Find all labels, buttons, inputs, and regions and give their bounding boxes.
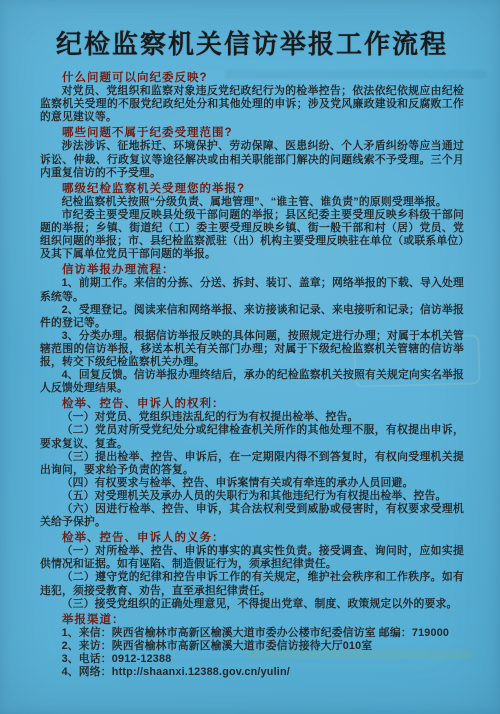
section-complainant-rights: 检举、控告、申诉人的权利： （一）对党员、党组织违法乱纪的行为有权提出检举、控告… <box>40 398 464 529</box>
section-accepting-level: 哪级纪检监察机关受理您的举报? 纪检监察机关按照“分级负责、属地管理”、“谁主管… <box>40 183 464 262</box>
process-step: 4、回复反馈。信访举报办理终结后，承办的纪检监察机关按照有关规定向实名举报人反馈… <box>40 369 464 395</box>
section-heading: 哪些问题不属于纪委受理范围? <box>40 127 464 140</box>
section-heading: 举报渠道： <box>40 614 464 627</box>
poster-content: 纪检监察机关信访举报工作流程 什么问题可以向纪委反映? 对党员、党组织和监察对象… <box>0 0 500 714</box>
duties-item: （三）接受党组织的正确处理意见，不得提出党章、制度、政策规定以外的要求。 <box>40 598 464 611</box>
paragraph: 涉法涉诉、征地拆迁、环境保护、劳动保障、医患纠纷、个人矛盾纠纷等应当通过诉讼、仲… <box>40 140 464 179</box>
paragraph: 纪检监察机关按照“分级负责、属地管理”、“谁主管、谁负责”的原则受理举报。 <box>40 196 464 209</box>
process-step: 2、受理登记。阅读来信和网络举报、来访接谈和记录、来电接听和记录；信访举报件的登… <box>40 304 464 330</box>
channel-item-mail: 1、来信：陕西省榆林市高新区榆溪大道市委办公楼市纪委信访室 邮编：719000 <box>40 627 464 640</box>
section-reporting-channels: 举报渠道： 1、来信：陕西省榆林市高新区榆溪大道市委办公楼市纪委信访室 邮编：7… <box>40 614 464 679</box>
channel-item-website: 4、网络：http://shaanxi.12388.gov.cn/yulin/ <box>40 666 464 679</box>
section-complainant-duties: 检举、控告、申诉人的义务： （一）对所检举、控告、申诉的事实的真实性负责。接受调… <box>40 532 464 611</box>
paragraph: 市纪委主要受理反映县处级干部问题的举报；县区纪委主要受理反映乡科级干部问题的举报… <box>40 209 464 261</box>
process-step: 3、分类办理。根据信访举报反映的具体问题，按照规定进行办理；对属于本机关管辖范围… <box>40 330 464 369</box>
duties-item: （一）对所检举、控告、申诉的事实的真实性负责。接受调查、询问时，应如实提供情况和… <box>40 545 464 571</box>
section-out-of-scope: 哪些问题不属于纪委受理范围? 涉法涉诉、征地拆迁、环境保护、劳动保障、医患纠纷、… <box>40 127 464 179</box>
rights-item: （五）对受理机关及承办人员的失职行为和其他违纪行为有权提出检举、控告。 <box>40 490 464 503</box>
rights-item: （四）有权要求与检举、控告、申诉案情有关或有牵连的承办人员回避。 <box>40 477 464 490</box>
section-heading: 检举、控告、申诉人的义务： <box>40 532 464 545</box>
section-heading: 信访举报办理流程： <box>40 264 464 277</box>
section-handling-process: 信访举报办理流程： 1、前期工作。来信的分拣、分送、拆封、装订、盖章；网络举报的… <box>40 264 464 395</box>
channel-item-visit: 2、来访：陕西省榆林市高新区榆溪大道市委信访接待大厅010室 <box>40 640 464 653</box>
section-heading: 哪级纪检监察机关受理您的举报? <box>40 183 464 196</box>
page-title: 纪检监察机关信访举报工作流程 <box>40 29 464 59</box>
section-heading: 检举、控告、申诉人的权利： <box>40 398 464 411</box>
section-what-can-be-reported: 什么问题可以向纪委反映? 对党员、党组织和监察对象违反党纪政纪行为的检举控告；依… <box>40 72 464 124</box>
section-heading: 什么问题可以向纪委反映? <box>40 72 464 85</box>
rights-item: （六）因进行检举、控告、申诉，其合法权利受到威胁或侵害时，有权要求受理机关给予保… <box>40 503 464 529</box>
rights-item: （二）党员对所受党纪处分或纪律检查机关所作的其他处理不服，有权提出申诉，要求复议… <box>40 424 464 450</box>
channel-item-phone: 3、电话：0912-12388 <box>40 653 464 666</box>
paragraph: 对党员、党组织和监察对象违反党纪政纪行为的检举控告；依法依纪依规应由纪检监察机关… <box>40 85 464 124</box>
rights-item: （三）提出检举、控告、申诉后，在一定期限内得不到答复时，有权向受理机关提出询问，… <box>40 451 464 477</box>
duties-item: （二）遵守党的纪律和控告申诉工作的有关规定，维护社会秩序和工作秩序。如有违犯，须… <box>40 571 464 597</box>
poster-photo: 纪检监察机关信访举报工作流程 什么问题可以向纪委反映? 对党员、党组织和监察对象… <box>0 0 500 714</box>
process-step: 1、前期工作。来信的分拣、分送、拆封、装订、盖章；网络举报的下载、导入处理系统等… <box>40 277 464 303</box>
rights-item: （一）对党员、党组织违法乱纪的行为有权提出检举、控告。 <box>40 411 464 424</box>
